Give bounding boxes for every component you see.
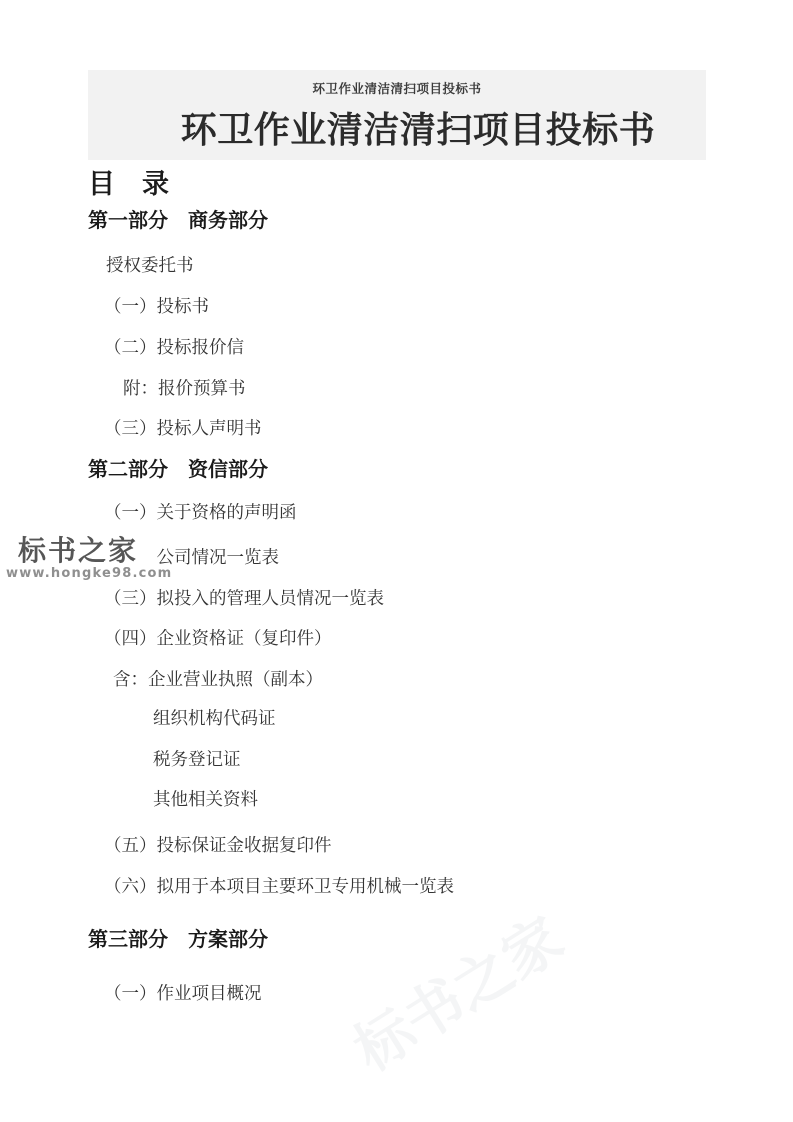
toc-entry: （一）关于资格的声明函 (104, 501, 297, 523)
page-title: 环卫作业清洁清扫项目投标书 (88, 102, 706, 153)
toc-entry: （三）拟投入的管理人员情况一览表 (104, 587, 384, 609)
toc-section-heading: 第三部分 方案部分 (88, 927, 268, 953)
watermark-brand-text: 标书之家 (0, 531, 146, 566)
toc-entry: 附：报价预算书 (123, 377, 246, 399)
watermark-url-text: www.hongke98.com (0, 566, 146, 581)
toc-entry: （五）投标保证金收据复印件 (104, 834, 332, 856)
toc-section-heading: 第二部分 资信部分 (88, 457, 268, 483)
document-header-block: 环卫作业清洁清扫项目投标书 环卫作业清洁清扫项目投标书 (88, 70, 706, 160)
toc-entry: （二）投标报价信 (104, 336, 244, 358)
faint-diagonal-watermark: 标书之家 (335, 893, 576, 1087)
toc-entry: （四）企业资格证（复印件） (104, 627, 332, 649)
toc-entry: 含：企业营业执照（副本） (113, 668, 323, 690)
running-title: 环卫作业清洁清扫项目投标书 (88, 70, 706, 97)
toc-entry: （六）拟用于本项目主要环卫专用机械一览表 (104, 875, 454, 897)
toc-entry: 税务登记证 (153, 748, 241, 770)
toc-entry: （三）投标人声明书 (104, 417, 262, 439)
toc-entry: （一）投标书 (104, 295, 209, 317)
toc-entry: （一）作业项目概况 (104, 982, 262, 1004)
toc-entry: 组织机构代码证 (153, 707, 276, 729)
toc-entry: 授权委托书 (106, 254, 194, 276)
document-page: 环卫作业清洁清扫项目投标书 环卫作业清洁清扫项目投标书 目 录 第一部分 商务部… (0, 0, 793, 1122)
toc-section-heading: 第一部分 商务部分 (88, 208, 268, 234)
toc-entry: 其他相关资料 (153, 788, 258, 810)
toc-heading: 目 录 (88, 162, 169, 201)
site-watermark: 标书之家 www.hongke98.com (0, 531, 146, 585)
